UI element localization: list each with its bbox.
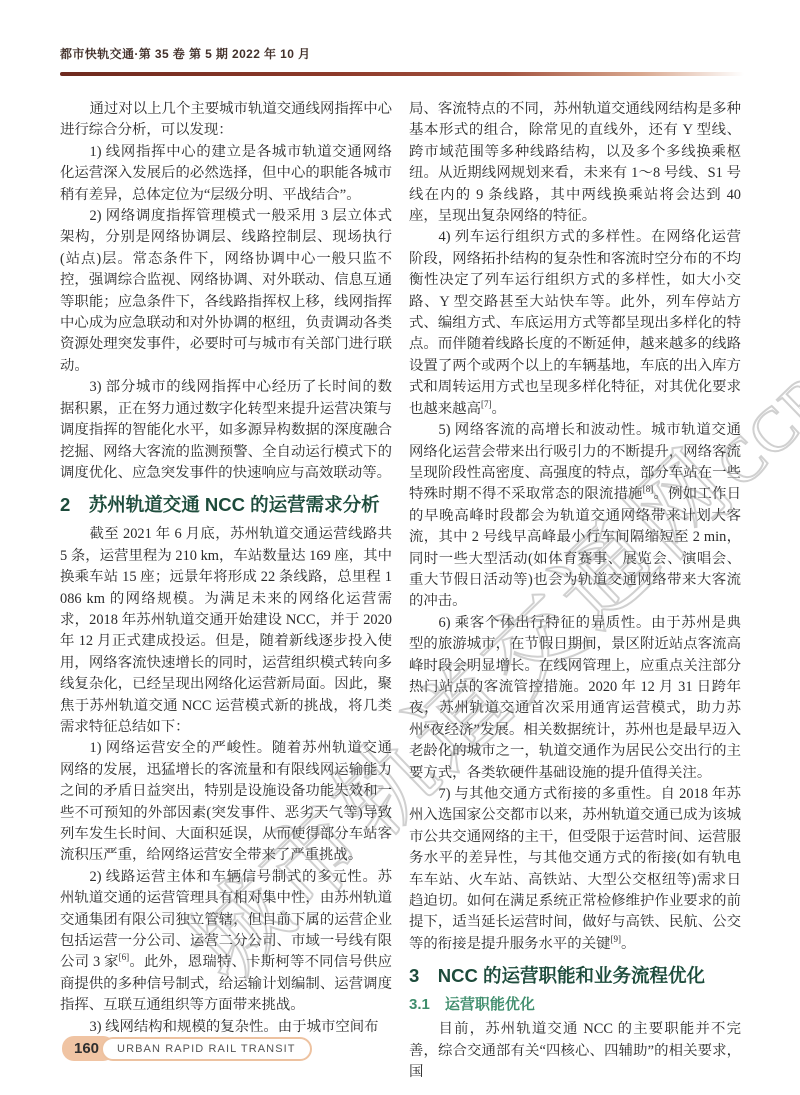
paragraph: 4) 列车运行组织方式的多样性。在网络化运营阶段，网络拓扑结构的复杂性和客流时空…: [409, 227, 741, 420]
paragraph: 7) 与其他交通方式衔接的多重性。自 2018 年苏州入选国家公交都市以来，苏州…: [409, 784, 741, 955]
left-text-column: 通过对以上几个主要城市轨道交通线网指挥中心进行综合分析，可以发现：1) 线网指挥…: [60, 99, 392, 1038]
header-rule-divider: [60, 72, 744, 76]
paragraph: 3) 线网结构和规模的复杂性。由于城市空间布: [60, 1017, 392, 1038]
paragraph: 局、客流特点的不同，苏州轨道交通线网结构是多种基本形式的组合，除常见的直线外，还…: [409, 99, 741, 227]
paragraph: 通过对以上几个主要城市轨道交通线网指挥中心进行综合分析，可以发现：: [60, 99, 392, 142]
section-heading: 2 苏州轨道交通 NCC 的运营需求分析: [60, 493, 392, 517]
reference-superscript: [7]: [481, 399, 492, 409]
section-heading: 3 NCC 的运营职能和业务流程优化: [409, 964, 741, 988]
right-text-column: 局、客流特点的不同，苏州轨道交通线网结构是多种基本形式的组合，除常见的直线外，还…: [409, 99, 741, 1083]
reference-superscript: [8]: [643, 485, 654, 495]
paragraph: 2) 线路运营主体和车辆信号制式的多元性。苏州轨道交通的运营管理具有相对集中性，…: [60, 867, 392, 1017]
subsection-heading: 3.1 运营职能优化: [409, 995, 741, 1015]
paragraph: 1) 线网指挥中心的建立是各城市轨道交通网络化运营深入发展后的必然选择，但中心的…: [60, 142, 392, 206]
paragraph: 5) 网络客流的高增长和波动性。城市轨道交通网络化运营会带来出行吸引力的不断提升…: [409, 420, 741, 613]
paragraph: 3) 部分城市的线网指挥中心经历了长时间的数据积累，正在努力通过数字化转型来提升…: [60, 377, 392, 484]
paragraph: 6) 乘客个体出行特征的异质性。由于苏州是典型的旅游城市，在节假日期间，景区附近…: [409, 613, 741, 784]
journal-header-line: 都市快轨交通·第 35 卷 第 5 期 2022 年 10 月: [60, 45, 310, 62]
reference-superscript: [9]: [610, 934, 621, 944]
paragraph: 目前，苏州轨道交通 NCC 的主要职能并不完善，综合交通部有关“四核心、四辅助”…: [409, 1019, 741, 1083]
paragraph: 2) 网络调度指挥管理模式一般采用 3 层立体式架构，分别是网络协调层、线路控制…: [60, 206, 392, 377]
journal-name-pill: URBAN RAPID RAIL TRANSIT: [101, 1037, 312, 1061]
reference-superscript: [6]: [119, 953, 130, 963]
paragraph: 截至 2021 年 6 月底，苏州轨道交通运营线路共 5 条，运营里程为 210…: [60, 524, 392, 738]
journal-page: 都市快轨交通·第 35 卷 第 5 期 2022 年 10 月 城市轨道交通网C…: [0, 0, 800, 1095]
paragraph: 1) 网络运营安全的严峻性。随着苏州轨道交通网络的发展，迅猛增长的客流量和有限线…: [60, 738, 392, 866]
page-footer: 160 URBAN RAPID RAIL TRANSIT: [62, 1036, 312, 1061]
